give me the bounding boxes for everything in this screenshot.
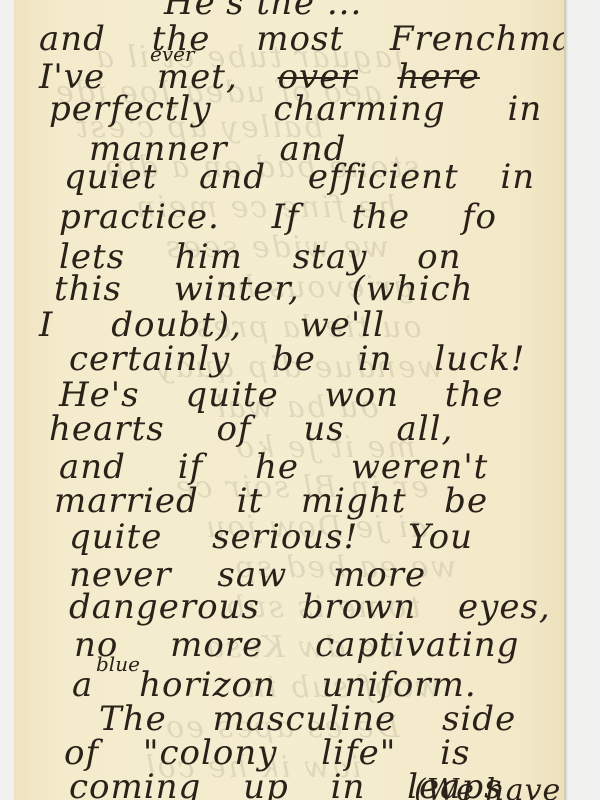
handwritten-line: and the most Frenchman — [39, 22, 566, 56]
handwritten-line: perfectly charming in — [49, 92, 542, 126]
handwritten-line: The masculine side — [99, 702, 516, 736]
handwritten-line: I doubt), we'll — [39, 308, 385, 342]
handwritten-line: this winter, (which — [54, 272, 474, 306]
handwritten-line: hearts of us all, — [49, 412, 453, 446]
handwritten-line: practice. If the fo — [59, 200, 497, 234]
handwritten-line: no more captivating — [74, 628, 519, 662]
handwritten-line: dangerous brown eyes, — [69, 590, 551, 624]
handwritten-line: married it might be — [54, 484, 488, 518]
inserted-word: ever — [150, 42, 195, 66]
handwritten-line: and if he weren't — [59, 450, 488, 484]
handwritten-line: of "colony life" is — [64, 736, 471, 770]
handwritten-line: He's quite won the — [59, 378, 503, 412]
handwritten-line: a horizon uniform. — [72, 668, 477, 702]
handwritten-line: quite serious! You — [69, 520, 473, 554]
handwritten-line: (We have — [414, 776, 561, 800]
letter-paper: jaguar tube et il a aeo of udea Joe ide … — [14, 0, 566, 800]
handwritten-line: quiet and efficient in — [64, 160, 535, 194]
handwritten-line: He's the ... — [164, 0, 362, 20]
handwritten-line: certainly be in luck! — [69, 342, 525, 376]
scanned-page: jaguar tube et il a aeo of udea Joe ide … — [0, 0, 600, 800]
